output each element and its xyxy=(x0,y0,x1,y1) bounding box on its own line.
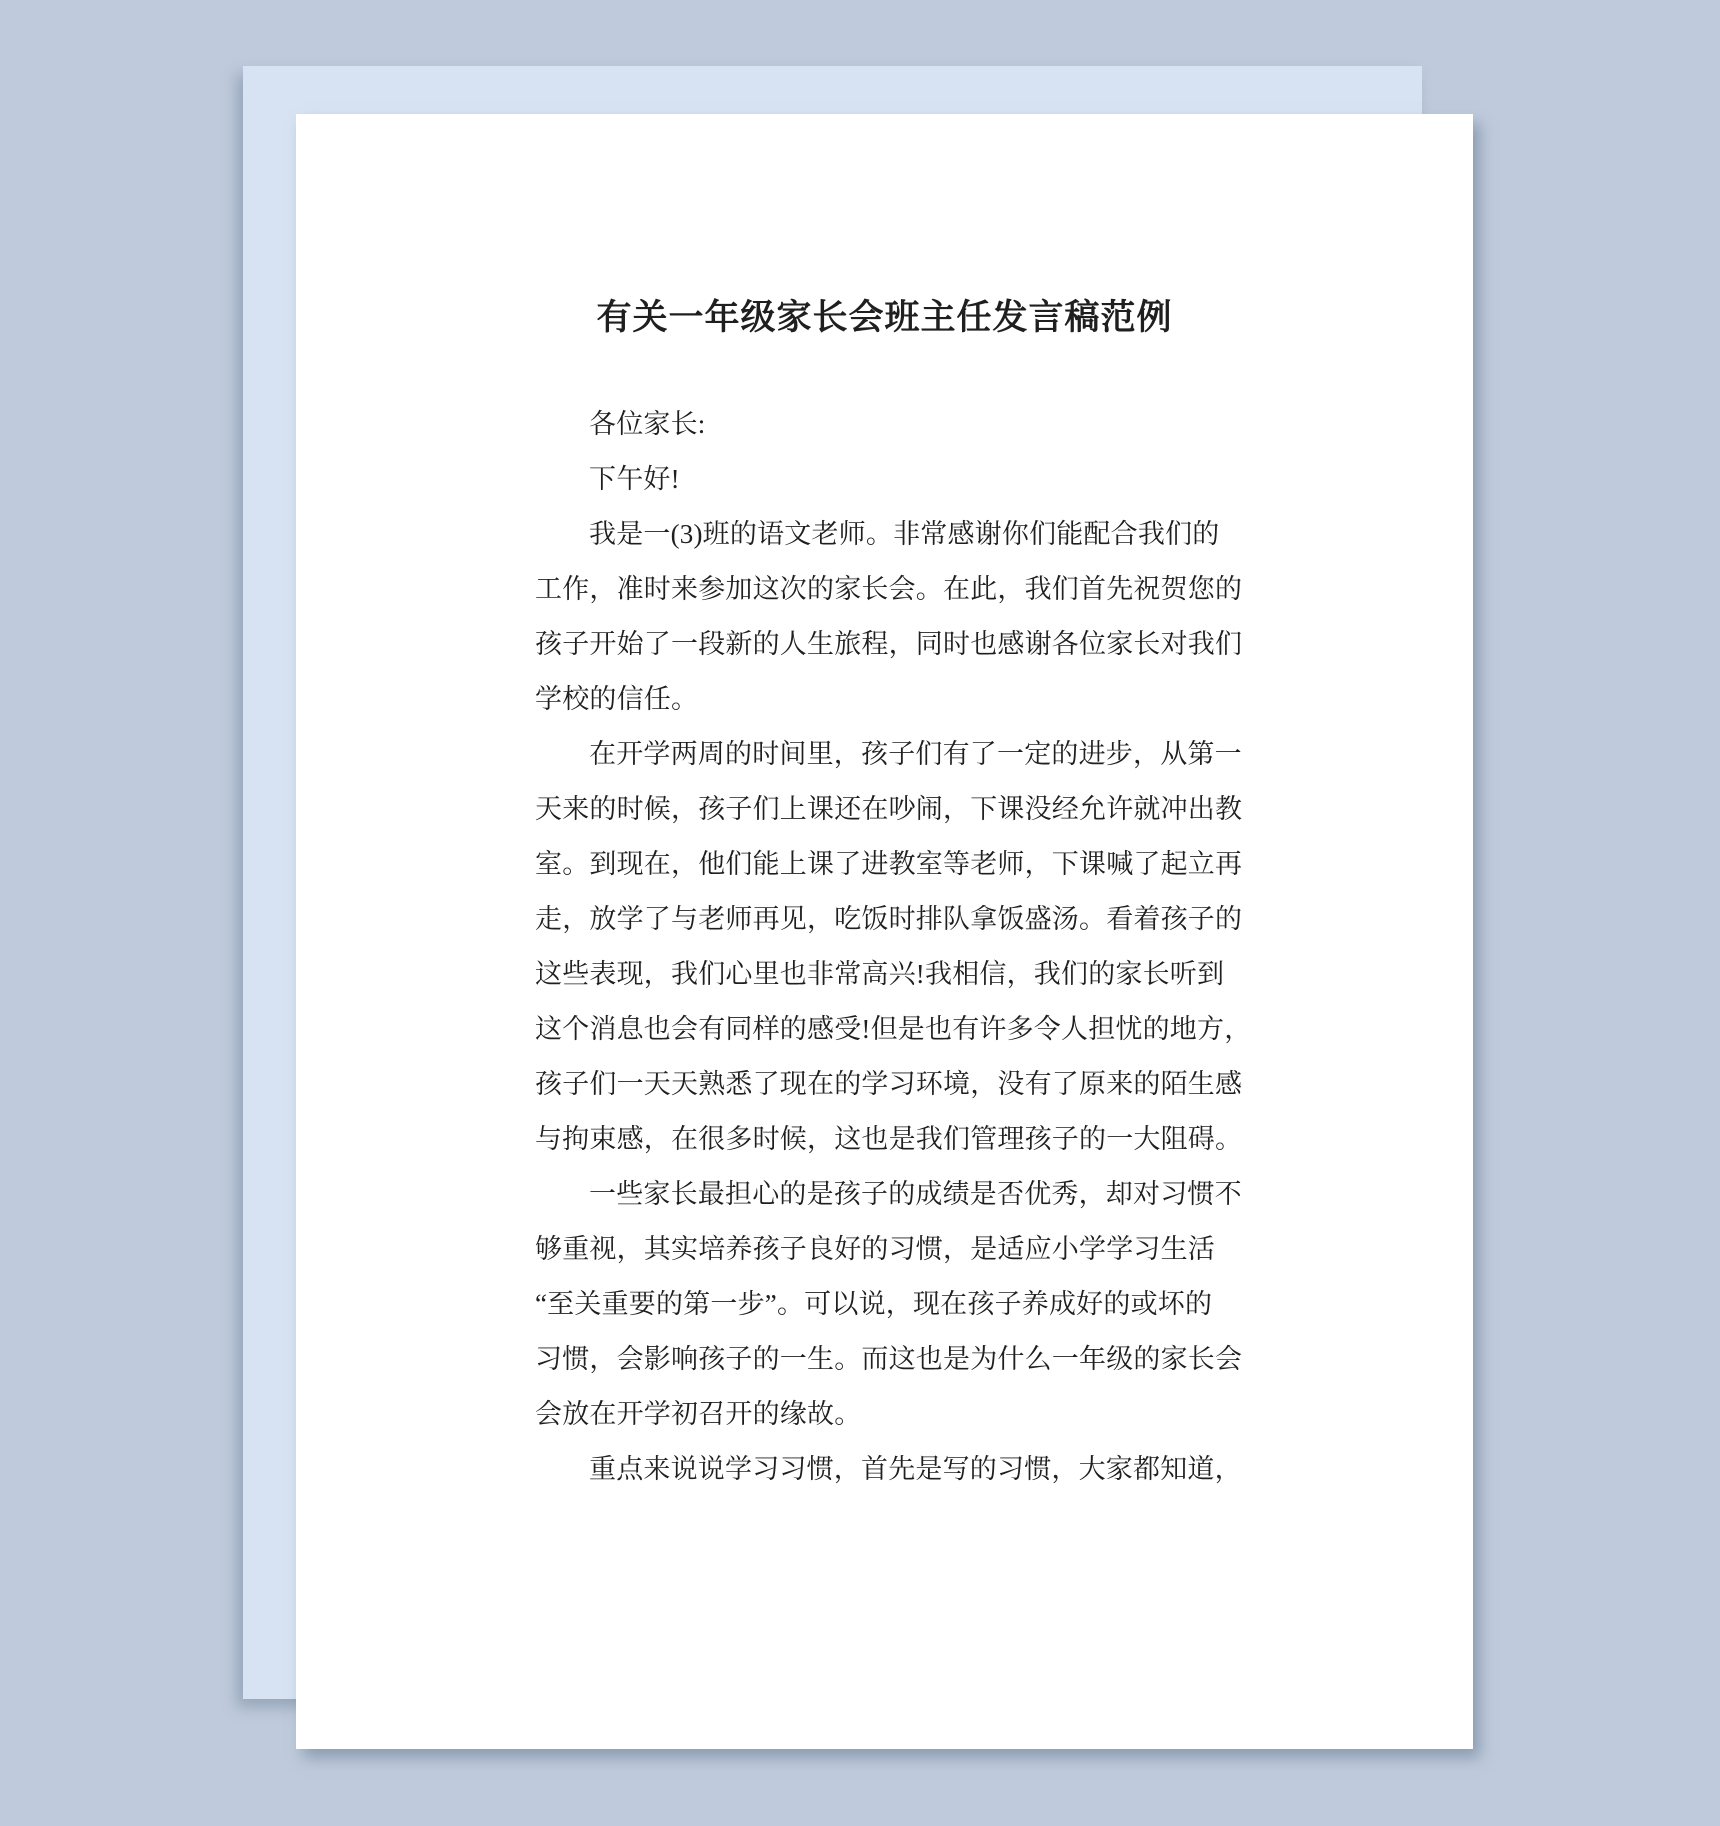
document-line: 在开学两周的时间里，孩子们有了一定的进步，从第一 xyxy=(535,727,1235,782)
document-line: 一些家长最担心的是孩子的成绩是否优秀，却对习惯不 xyxy=(535,1167,1235,1222)
document-line: 走，放学了与老师再见，吃饭时排队拿饭盛汤。看着孩子的 xyxy=(535,892,1235,947)
document-line: 孩子开始了一段新的人生旅程，同时也感谢各位家长对我们 xyxy=(535,617,1235,672)
document-line: 下午好! xyxy=(535,452,1235,507)
document-line: 这个消息也会有同样的感受!但是也有许多令人担忧的地方， xyxy=(535,1002,1235,1057)
document-line: 工作，准时来参加这次的家长会。在此，我们首先祝贺您的 xyxy=(535,562,1235,617)
document-line: 我是一(3)班的语文老师。非常感谢你们能配合我们的 xyxy=(535,507,1235,562)
document-line: 与拘束感，在很多时候，这也是我们管理孩子的一大阻碍。 xyxy=(535,1112,1235,1167)
document-line: 各位家长: xyxy=(535,397,1235,452)
document-line: 这些表现，我们心里也非常高兴!我相信，我们的家长听到 xyxy=(535,947,1235,1002)
document-line: 孩子们一天天熟悉了现在的学习环境，没有了原来的陌生感 xyxy=(535,1057,1235,1112)
document-line: 习惯，会影响孩子的一生。而这也是为什么一年级的家长会 xyxy=(535,1332,1235,1387)
document-page: 有关一年级家长会班主任发言稿范例 各位家长:下午好!我是一(3)班的语文老师。非… xyxy=(296,114,1473,1749)
document-line: 会放在开学初召开的缘故。 xyxy=(535,1387,1235,1442)
document-line: 重点来说说学习习惯，首先是写的习惯，大家都知道， xyxy=(535,1442,1235,1497)
document-line: 室。到现在，他们能上课了进教室等老师，下课喊了起立再 xyxy=(535,837,1235,892)
document-body: 各位家长:下午好!我是一(3)班的语文老师。非常感谢你们能配合我们的工作，准时来… xyxy=(535,397,1235,1497)
document-line: 天来的时候，孩子们上课还在吵闹，下课没经允许就冲出教 xyxy=(535,782,1235,837)
document-title: 有关一年级家长会班主任发言稿范例 xyxy=(296,294,1473,342)
document-line: 够重视，其实培养孩子良好的习惯，是适应小学学习生活 xyxy=(535,1222,1235,1277)
document-line: 学校的信任。 xyxy=(535,672,1235,727)
document-line: “至关重要的第一步”。可以说，现在孩子养成好的或坏的 xyxy=(535,1277,1235,1332)
document-preview-backdrop: 有关一年级家长会班主任发言稿范例 各位家长:下午好!我是一(3)班的语文老师。非… xyxy=(0,0,1720,1826)
